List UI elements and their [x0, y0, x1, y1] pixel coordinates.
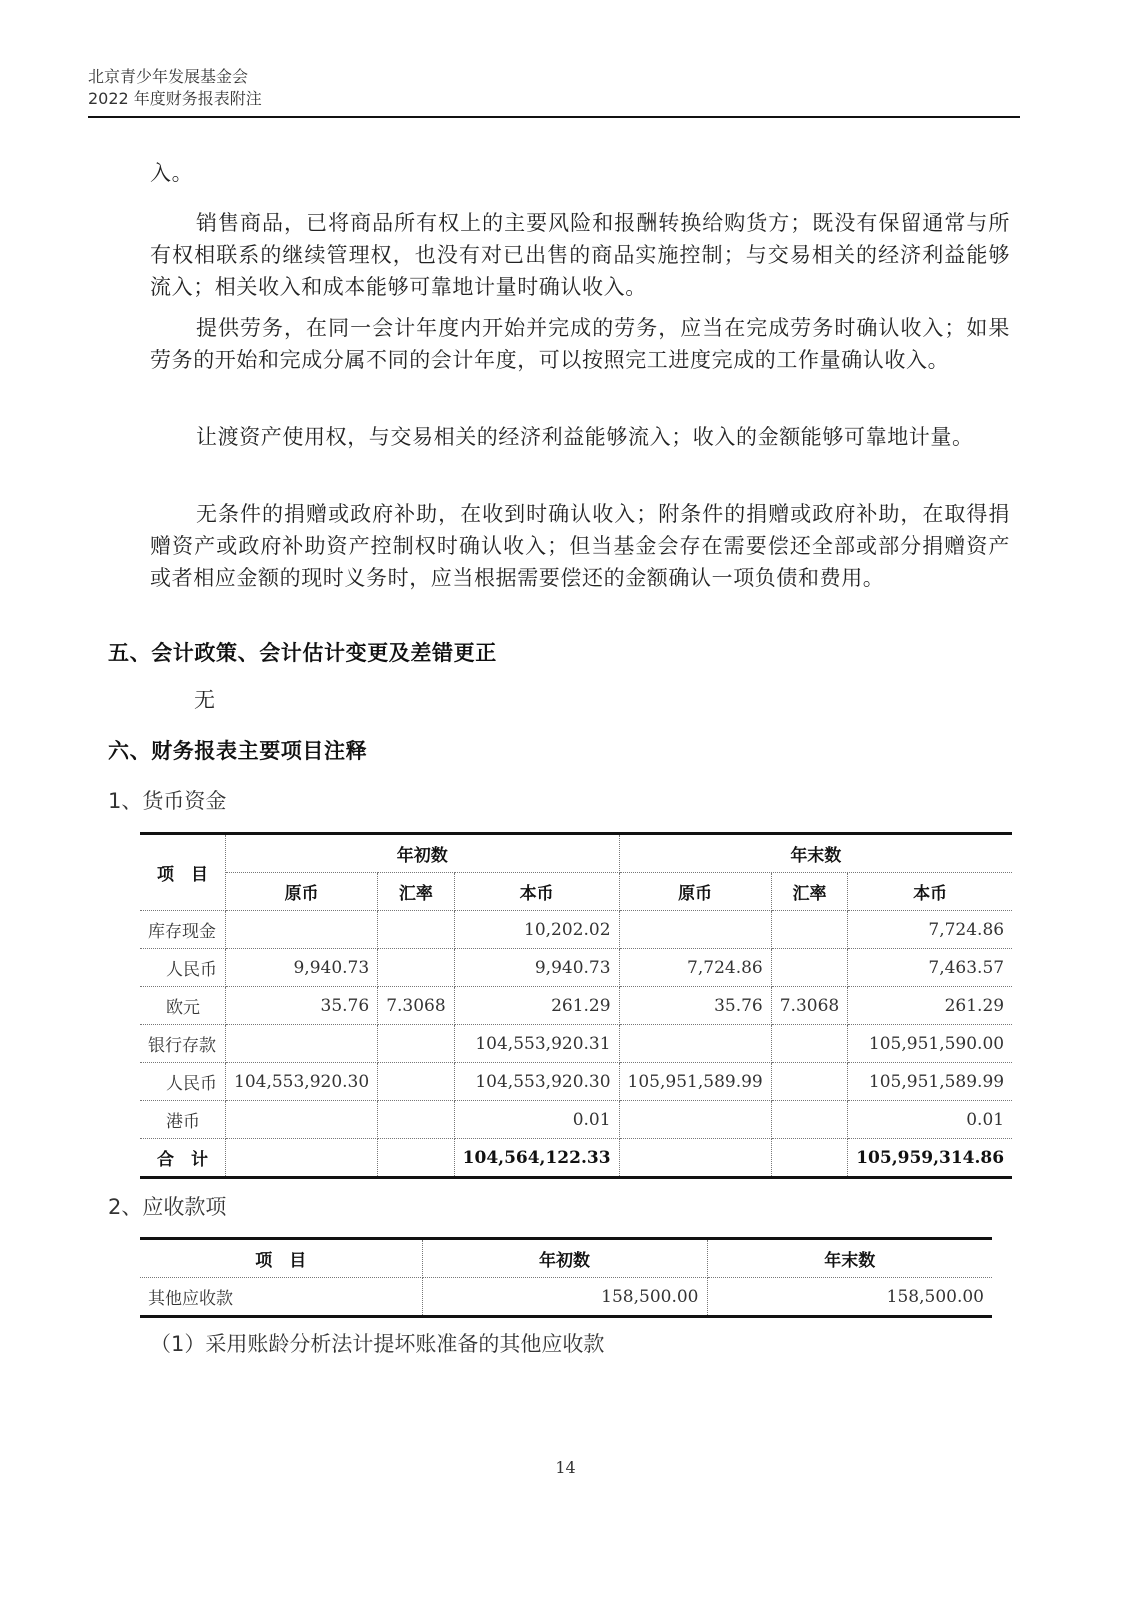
- cell-begin-rate: [378, 1101, 454, 1139]
- header-begin-rate: 汇率: [378, 873, 454, 911]
- cell-end-orig: [619, 1101, 771, 1139]
- cell-begin-local: 10,202.02: [454, 911, 619, 949]
- cell-end-orig: 105,951,589.99: [619, 1063, 771, 1101]
- cell-begin: 158,500.00: [422, 1278, 707, 1317]
- cell-end-orig: [619, 911, 771, 949]
- header-begin-orig: 原币: [226, 873, 378, 911]
- cell-begin-rate: [378, 1063, 454, 1101]
- row-label: 合 计: [140, 1139, 226, 1178]
- cell-end-rate: [771, 1101, 847, 1139]
- cell-end-rate: [771, 949, 847, 987]
- row-label: 港币: [140, 1101, 226, 1139]
- cell-end-local: 105,951,590.00: [848, 1025, 1012, 1063]
- table-row: 港币 0.01 0.01: [140, 1101, 1012, 1139]
- cell-end-local: 105,951,589.99: [848, 1063, 1012, 1101]
- cell-end: 158,500.00: [707, 1278, 992, 1317]
- cell-begin-local: 104,564,122.33: [454, 1139, 619, 1178]
- table-header-row: 项 目 年初数 年末数: [140, 1239, 992, 1278]
- cell-begin-orig: 104,553,920.30: [226, 1063, 378, 1101]
- cell-begin-local: 0.01: [454, 1101, 619, 1139]
- cell-end-orig: 7,724.86: [619, 949, 771, 987]
- cell-begin-local: 9,940.73: [454, 949, 619, 987]
- cell-end-local: 105,959,314.86: [848, 1139, 1012, 1178]
- cell-begin-orig: [226, 1101, 378, 1139]
- table-total-row: 合 计 104,564,122.33 105,959,314.86: [140, 1139, 1012, 1178]
- paragraph-donations: 无条件的捐赠或政府补助，在收到时确认收入；附条件的捐赠或政府补助，在取得捐赠资产…: [150, 498, 1010, 594]
- paragraph-sales: 销售商品，已将商品所有权上的主要风险和报酬转换给购货方；既没有保留通常与所有权相…: [150, 207, 1010, 303]
- receivable-table: 项 目 年初数 年末数 其他应收款 158,500.00 158,500.00: [140, 1237, 992, 1318]
- cell-end-rate: 7.3068: [771, 987, 847, 1025]
- header-begin-local: 本币: [454, 873, 619, 911]
- cell-end-orig: [619, 1139, 771, 1178]
- cell-begin-rate: [378, 949, 454, 987]
- cell-begin-orig: 9,940.73: [226, 949, 378, 987]
- row-label: 人民币: [140, 1063, 226, 1101]
- table-row: 其他应收款 158,500.00 158,500.00: [140, 1278, 992, 1317]
- paragraph-continuation: 入。: [150, 157, 1010, 189]
- header-org: 北京青少年发展基金会: [88, 66, 262, 88]
- table-row: 银行存款 104,553,920.31 105,951,590.00: [140, 1025, 1012, 1063]
- row-label: 人民币: [140, 949, 226, 987]
- table-row: 人民币 104,553,920.30 104,553,920.30 105,95…: [140, 1063, 1012, 1101]
- row-label: 银行存款: [140, 1025, 226, 1063]
- cell-begin-rate: [378, 1025, 454, 1063]
- header-end-orig: 原币: [619, 873, 771, 911]
- section-6-title: 六、财务报表主要项目注释: [108, 735, 367, 765]
- header-item: 项 目: [140, 834, 226, 911]
- cell-begin-orig: [226, 911, 378, 949]
- header-end-rate: 汇率: [771, 873, 847, 911]
- section-5-body: 无: [194, 684, 1054, 716]
- header-doc-title: 2022 年度财务报表附注: [88, 88, 262, 110]
- cell-end-rate: [771, 1139, 847, 1178]
- header-item: 项 目: [140, 1239, 422, 1278]
- header-begin: 年初数: [226, 834, 620, 873]
- cell-begin-rate: [378, 1139, 454, 1178]
- page-number: 14: [0, 1458, 1131, 1477]
- table-row: 欧元 35.76 7.3068 261.29 35.76 7.3068 261.…: [140, 987, 1012, 1025]
- cell-end-local: 7,724.86: [848, 911, 1012, 949]
- note-1-title: （1）采用账龄分析法计提坏账准备的其他应收款: [150, 1328, 604, 1358]
- table-subheader-row: 原币 汇率 本币 原币 汇率 本币: [140, 873, 1012, 911]
- cell-begin-rate: [378, 911, 454, 949]
- section-5-title: 五、会计政策、会计估计变更及差错更正: [108, 637, 497, 667]
- cell-begin-local: 104,553,920.30: [454, 1063, 619, 1101]
- cell-end-rate: [771, 1063, 847, 1101]
- header-end: 年末数: [707, 1239, 992, 1278]
- cell-begin-local: 104,553,920.31: [454, 1025, 619, 1063]
- cash-table: 项 目 年初数 年末数 原币 汇率 本币 原币 汇率 本币 库存现金 10,20…: [140, 832, 1012, 1179]
- table-row: 库存现金 10,202.02 7,724.86: [140, 911, 1012, 949]
- cell-begin-orig: [226, 1139, 378, 1178]
- cell-begin-orig: [226, 1025, 378, 1063]
- table-header-row: 项 目 年初数 年末数: [140, 834, 1012, 873]
- cell-begin-rate: 7.3068: [378, 987, 454, 1025]
- cell-end-orig: [619, 1025, 771, 1063]
- row-label: 库存现金: [140, 911, 226, 949]
- paragraph-asset-use: 让渡资产使用权，与交易相关的经济利益能够流入；收入的金额能够可靠地计量。: [150, 421, 1010, 453]
- row-label: 其他应收款: [140, 1278, 422, 1317]
- cell-end-local: 7,463.57: [848, 949, 1012, 987]
- paragraph-services: 提供劳务，在同一会计年度内开始并完成的劳务，应当在完成劳务时确认收入；如果劳务的…: [150, 312, 1010, 376]
- table-row: 人民币 9,940.73 9,940.73 7,724.86 7,463.57: [140, 949, 1012, 987]
- header-end-local: 本币: [848, 873, 1012, 911]
- cell-end-rate: [771, 1025, 847, 1063]
- cell-end-local: 0.01: [848, 1101, 1012, 1139]
- header-end: 年末数: [619, 834, 1012, 873]
- cell-end-orig: 35.76: [619, 987, 771, 1025]
- item-2-title: 2、应收款项: [108, 1191, 226, 1221]
- cell-begin-orig: 35.76: [226, 987, 378, 1025]
- page-header: 北京青少年发展基金会 2022 年度财务报表附注: [88, 66, 262, 110]
- cell-end-local: 261.29: [848, 987, 1012, 1025]
- cell-begin-local: 261.29: [454, 987, 619, 1025]
- item-1-title: 1、货币资金: [108, 785, 226, 815]
- cell-end-rate: [771, 911, 847, 949]
- header-divider: [88, 116, 1020, 118]
- row-label: 欧元: [140, 987, 226, 1025]
- header-begin: 年初数: [422, 1239, 707, 1278]
